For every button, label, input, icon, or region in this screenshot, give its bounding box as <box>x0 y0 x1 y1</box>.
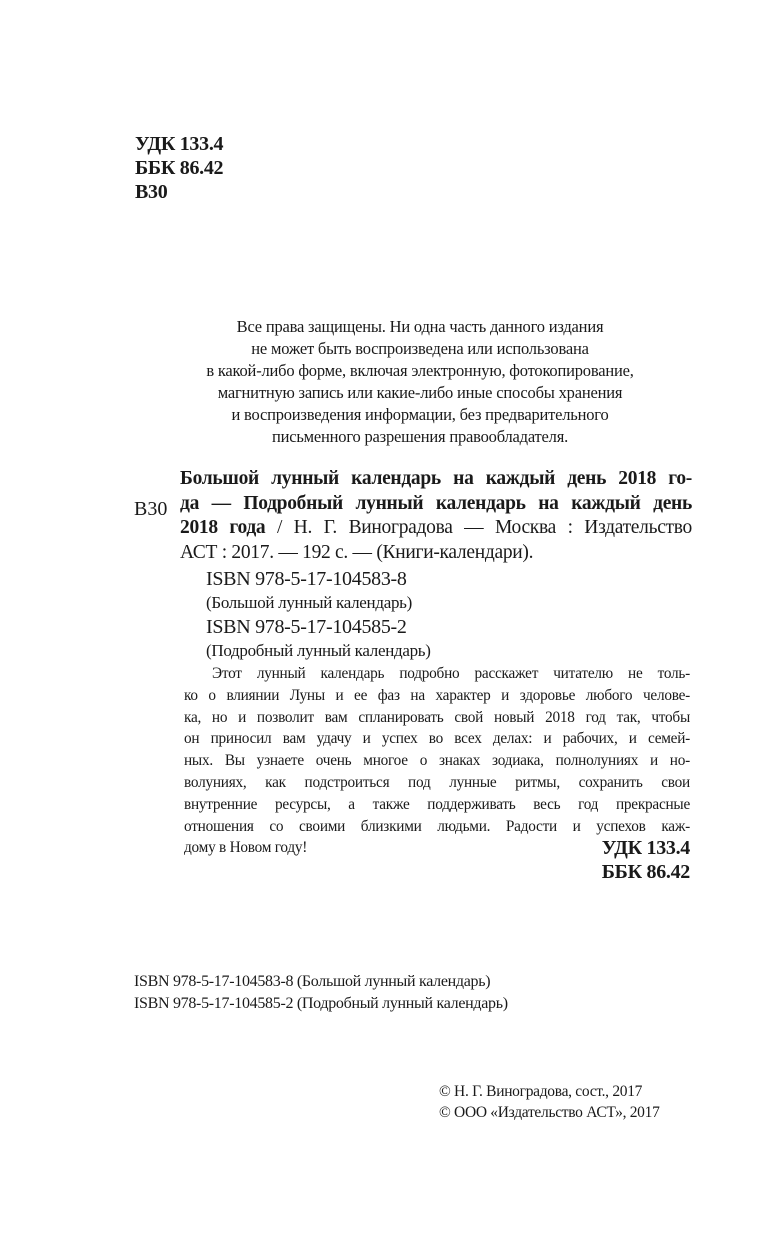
isbn-title: (Подробный лунный календарь) <box>206 639 431 663</box>
annotation-line: волуниях, как подстроиться под лунные ри… <box>184 772 690 794</box>
catalog-title: 2018 года <box>180 517 265 538</box>
rights-line: Все права защищены. Ни одна часть данног… <box>130 316 710 338</box>
copyright-line: © Н. Г. Виноградова, сост., 2017 <box>439 1081 660 1102</box>
annotation-line: он приносил вам удачу и успех во всех де… <box>184 728 690 750</box>
udk-code: УДК 133.4 <box>602 836 690 860</box>
bbk-code: ББК 86.42 <box>602 860 690 884</box>
annotation-line: отношения со своими близкими людьми. Рад… <box>184 816 690 838</box>
classification-codes-bottom: УДК 133.4 ББК 86.42 <box>602 836 690 884</box>
annotation-line: Этот лунный календарь подробно расскажет… <box>184 663 690 685</box>
copyright-line: © ООО «Издательство АСТ», 2017 <box>439 1102 660 1123</box>
author-mark: В30 <box>135 180 223 204</box>
catalog-line: АСТ : 2017. — 192 с. — (Книги-календари)… <box>180 541 692 566</box>
rights-notice: Все права защищены. Ни одна часть данног… <box>130 316 710 448</box>
catalog-imprint: АСТ : 2017. — 192 с. — (Книги-календари)… <box>180 542 533 563</box>
udk-code: УДК 133.4 <box>135 132 223 156</box>
isbn-line: ISBN 978-5-17-104585-2 (Подробный лунный… <box>134 993 508 1015</box>
annotation: Этот лунный календарь подробно расскажет… <box>184 663 690 859</box>
rights-line: и воспроизведения информации, без предва… <box>130 404 710 426</box>
annotation-line: ных. Вы узнаете очень многое о знаках зо… <box>184 750 690 772</box>
isbn-number: ISBN 978-5-17-104585-2 <box>206 615 431 639</box>
copyright-notice: © Н. Г. Виноградова, сост., 2017 © ООО «… <box>439 1081 660 1123</box>
catalog-line: да — Подробный лунный календарь на кажды… <box>180 492 692 517</box>
classification-codes-top: УДК 133.4 ББК 86.42 В30 <box>135 132 223 204</box>
catalog-index: В30 <box>134 497 167 521</box>
catalog-author-publisher: / Н. Г. Виноградова — Москва : Издательс… <box>265 517 692 538</box>
catalog-line: 2018 года / Н. Г. Виноградова — Москва :… <box>180 516 692 541</box>
bbk-code: ББК 86.42 <box>135 156 223 180</box>
annotation-line: внутренние ресурсы, а также поддерживать… <box>184 794 690 816</box>
catalog-isbn-block: ISBN 978-5-17-104583-8 (Большой лунный к… <box>206 567 431 663</box>
isbn-number: ISBN 978-5-17-104583-8 <box>206 567 431 591</box>
catalog-line: Большой лунный календарь на каждый день … <box>180 467 692 492</box>
rights-line: письменного разрешения правообладателя. <box>130 426 710 448</box>
catalog-title: Большой лунный календарь на каждый день … <box>180 468 692 489</box>
isbn-title: (Большой лунный календарь) <box>206 591 431 615</box>
rights-line: в какой-либо форме, включая электронную,… <box>130 360 710 382</box>
annotation-line: ка, но и позволит вам спланировать свой … <box>184 707 690 729</box>
rights-line: магнитную запись или какие-либо иные спо… <box>130 382 710 404</box>
isbn-line: ISBN 978-5-17-104583-8 (Большой лунный к… <box>134 971 508 993</box>
rights-line: не может быть воспроизведена или использ… <box>130 338 710 360</box>
annotation-line: ко о влиянии Луны и ее фаз на характер и… <box>184 685 690 707</box>
isbn-list: ISBN 978-5-17-104583-8 (Большой лунный к… <box>134 971 508 1015</box>
catalog-title: да — Подробный лунный календарь на кажды… <box>180 493 692 514</box>
catalog-record: Большой лунный календарь на каждый день … <box>180 467 692 565</box>
